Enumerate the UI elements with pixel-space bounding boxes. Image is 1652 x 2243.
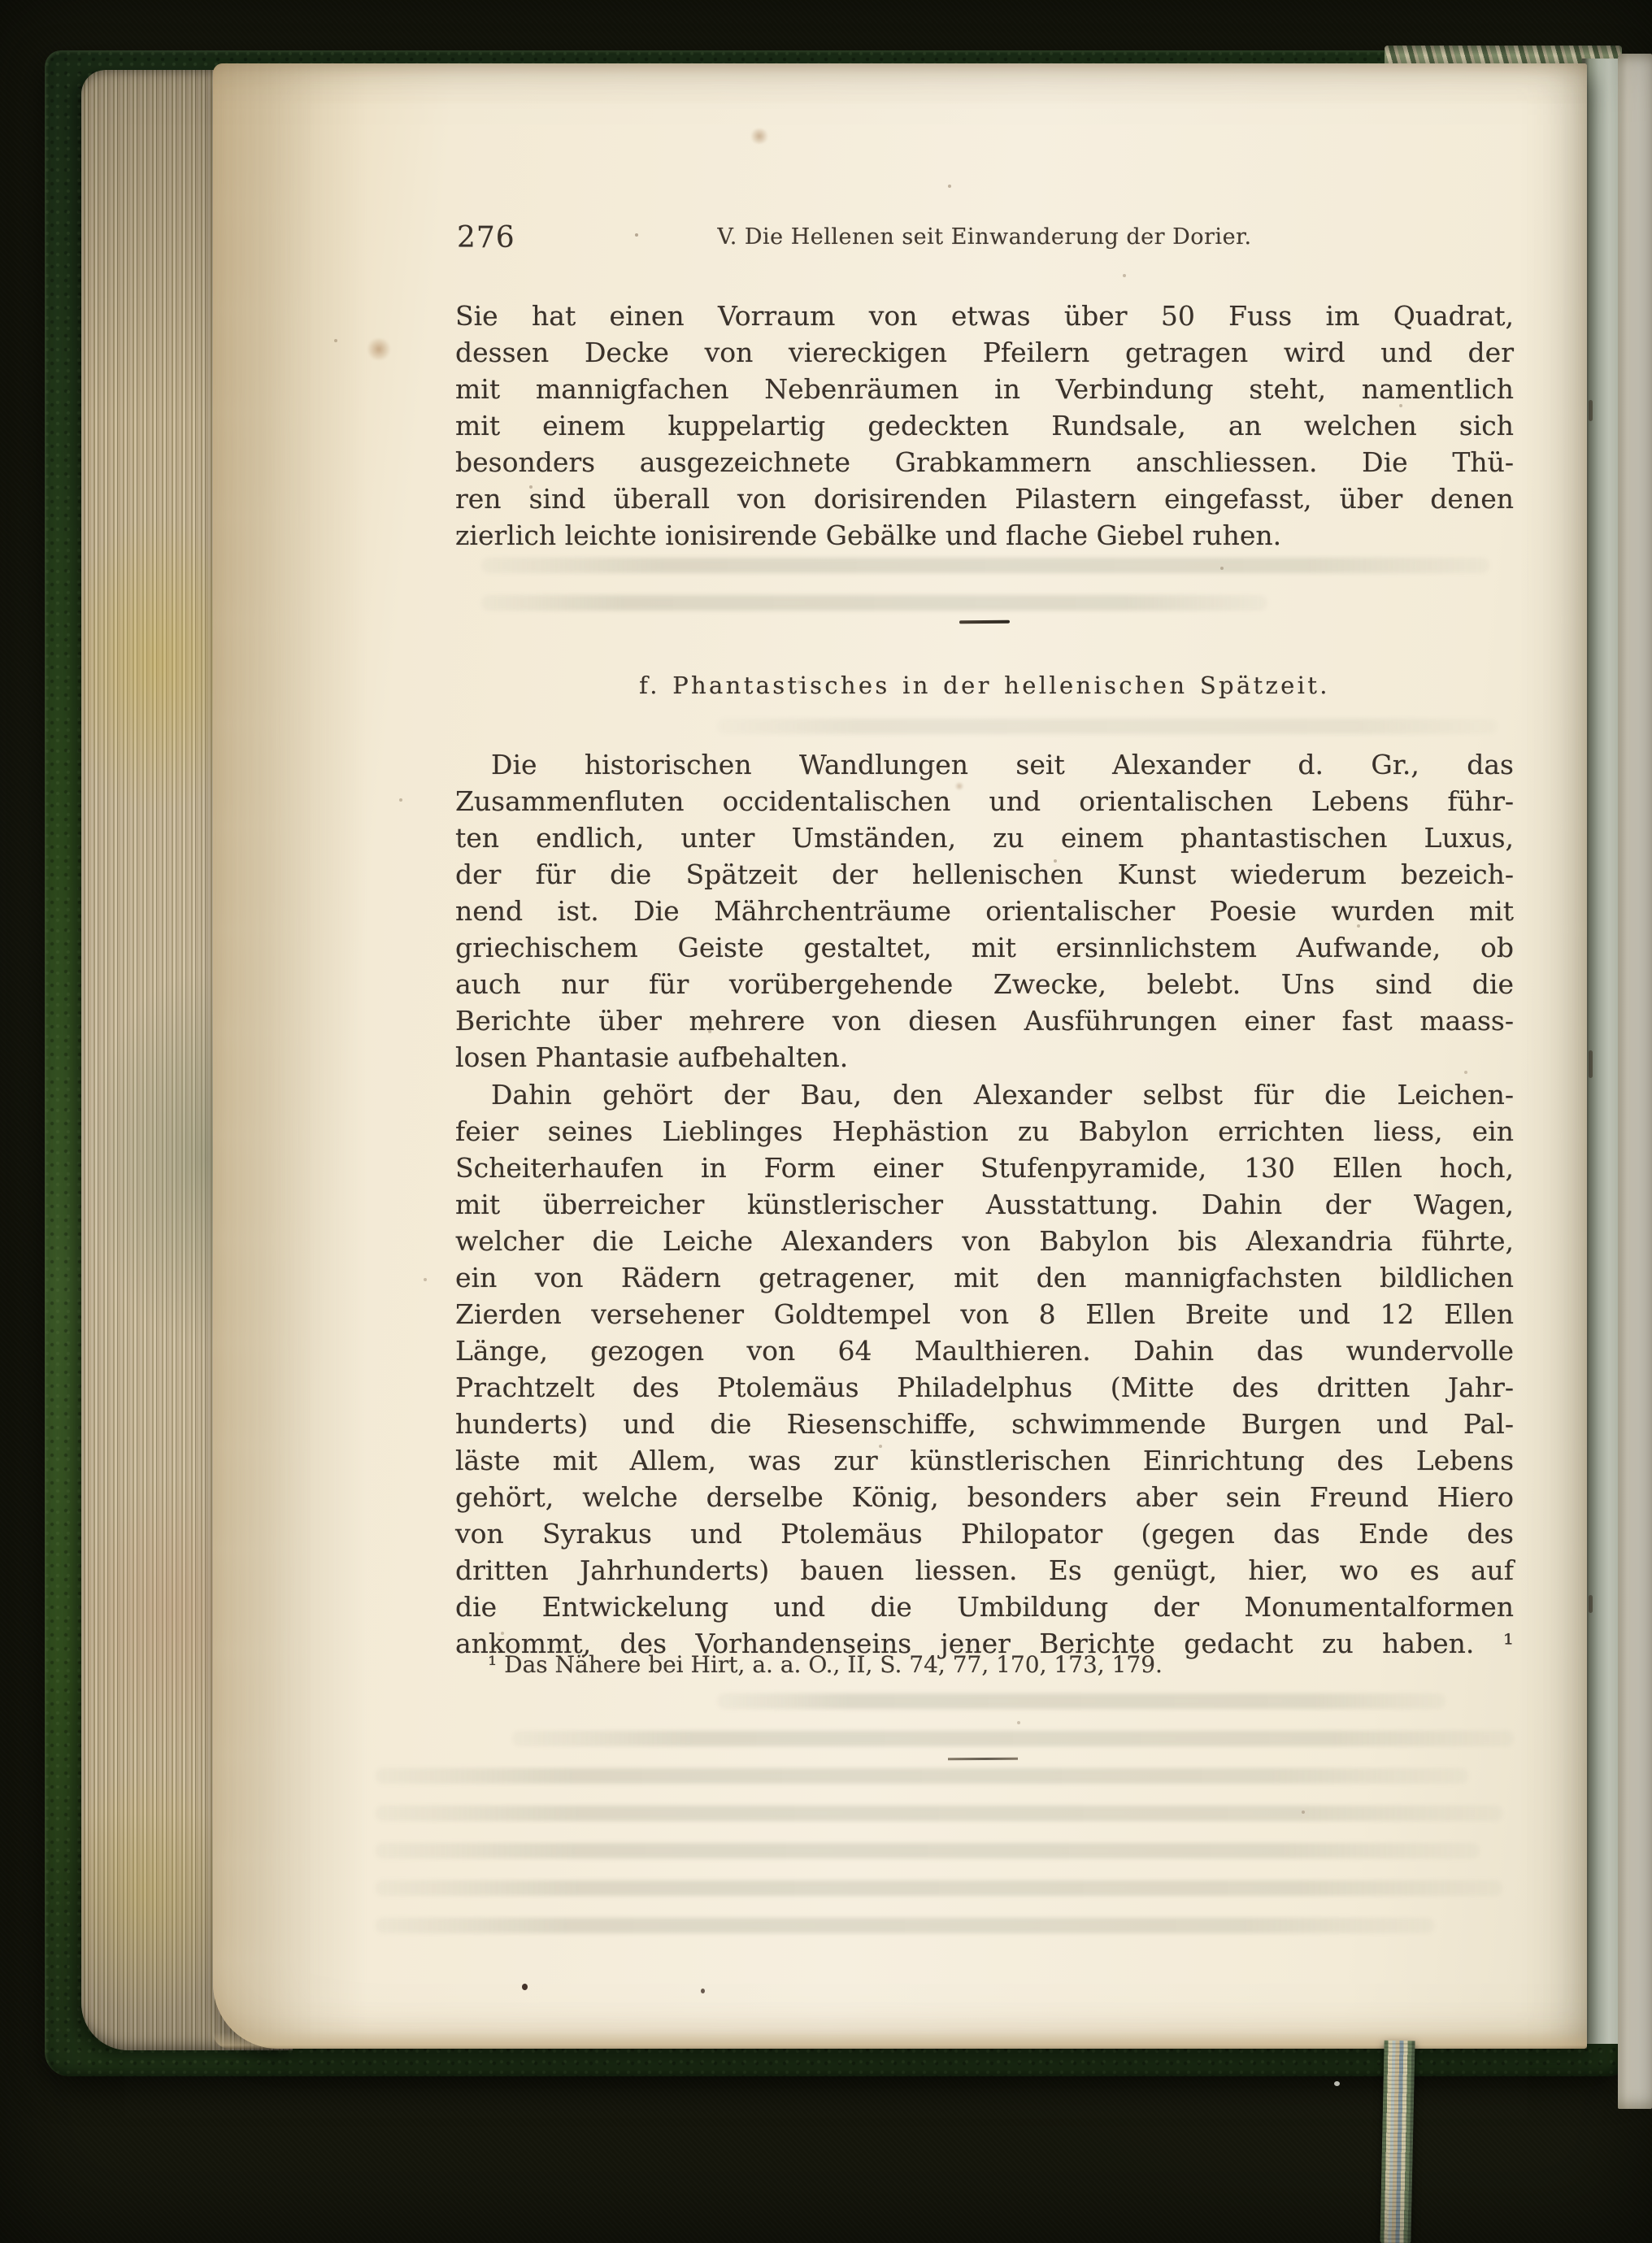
book-photograph: 276 V. Die Hellenen seit Einwanderung de… xyxy=(0,0,1652,2243)
text-line: ren sind überall von dorisirenden Pilast… xyxy=(455,480,1514,517)
paper-specks xyxy=(213,63,215,65)
running-head: V. Die Hellenen seit Einwanderung der Do… xyxy=(455,224,1514,250)
section-heading: f. Phantastisches in der hellenischen Sp… xyxy=(455,672,1514,699)
ink-fleck xyxy=(522,1984,528,1990)
text-line: gehört, welche derselbe König, besonders… xyxy=(455,1479,1514,1515)
foxing-stain xyxy=(954,782,964,790)
text-line: auch nur für vorübergehende Zwecke, bele… xyxy=(455,966,1514,1002)
printed-text-layer: 276 V. Die Hellenen seit Einwanderung de… xyxy=(213,63,1587,2049)
gutter-mark xyxy=(1589,1050,1593,1078)
text-line: mit einem kuppelartig gedeckten Rundsale… xyxy=(455,407,1514,444)
page-number: 276 xyxy=(457,221,515,254)
text-line: die Entwickelung und die Umbildung der M… xyxy=(455,1589,1514,1625)
text-line: losen Phantasie aufbehalten. xyxy=(455,1039,1514,1076)
text-line: mit mannigfachen Nebenräumen in Verbindu… xyxy=(455,371,1514,407)
text-line: dessen Decke von viereckigen Pfeilern ge… xyxy=(455,334,1514,371)
text-line: hunderts) und die Riesenschiffe, schwimm… xyxy=(455,1406,1514,1442)
body-paragraph-2: Die historischen Wandlungen seit Alexand… xyxy=(455,746,1514,1076)
text-line: dritten Jahrhunderts) bauen liessen. Es … xyxy=(455,1552,1514,1589)
book-page: 276 V. Die Hellenen seit Einwanderung de… xyxy=(213,63,1587,2049)
footnote: ¹ Das Nähere bei Hirt, a. a. O., II, S. … xyxy=(455,1649,1514,1681)
showthrough-text-mid xyxy=(717,719,1498,734)
gutter-mark xyxy=(1589,1595,1593,1613)
text-line: Zierden versehener Goldtempel von 8 Elle… xyxy=(455,1296,1514,1332)
text-line: Dahin gehört der Bau, den Alexander selb… xyxy=(455,1076,1514,1113)
page-header: 276 V. Die Hellenen seit Einwanderung de… xyxy=(455,224,1514,263)
text-line: mit überreicher künstlerischer Ausstattu… xyxy=(455,1186,1514,1223)
text-line: Die historischen Wandlungen seit Alexand… xyxy=(455,746,1514,783)
text-line: von Syrakus und Ptolemäus Philopator (ge… xyxy=(455,1515,1514,1552)
showthrough-text-lower xyxy=(376,1693,1514,1955)
text-line: griechischem Geiste gestaltet, mit ersin… xyxy=(455,929,1514,966)
text-line: läste mit Allem, was zur künstlerischen … xyxy=(455,1442,1514,1479)
foxing-stain xyxy=(366,338,392,360)
page-gutter xyxy=(1582,59,1619,2044)
text-line: Berichte über mehrere von diesen Ausführ… xyxy=(455,1002,1514,1039)
text-line: nend ist. Die Mährchenträume orientalisc… xyxy=(455,893,1514,929)
dust-speck xyxy=(1334,2081,1340,2086)
body-paragraph-1: Sie hat einen Vorraum von etwas über 50 … xyxy=(455,298,1514,554)
text-line: ten endlich, unter Umständen, zu einem p… xyxy=(455,819,1514,856)
text-line: Scheiterhaufen in Form einer Stufenpyram… xyxy=(455,1150,1514,1186)
text-line: Prachtzelt des Ptolemäus Philadelphus (M… xyxy=(455,1369,1514,1406)
text-line: ein von Rädern getragener, mit den manni… xyxy=(455,1259,1514,1296)
bookmark-ribbon xyxy=(1380,2041,1415,2243)
body-paragraph-3: Dahin gehört der Bau, den Alexander selb… xyxy=(455,1076,1514,1662)
text-line: der für die Spätzeit der hellenischen Ku… xyxy=(455,856,1514,893)
ink-fleck xyxy=(701,1989,705,1993)
text-line: Sie hat einen Vorraum von etwas über 50 … xyxy=(455,298,1514,334)
gutter-mark xyxy=(1589,400,1593,421)
text-line: Länge, gezogen von 64 Maulthieren. Dahin… xyxy=(455,1332,1514,1369)
foxing-stain xyxy=(750,128,769,144)
text-line: zierlich leichte ionisirende Gebälke und… xyxy=(455,517,1514,554)
text-line: feier seines Lieblinges Hephästion zu Ba… xyxy=(455,1113,1514,1150)
facing-page-edge xyxy=(1618,54,1652,2109)
text-line: Zusammenfluten occidentalischen und orie… xyxy=(455,783,1514,819)
showthrough-text-upper xyxy=(481,558,1489,632)
text-line: welcher die Leiche Alexanders von Babylo… xyxy=(455,1223,1514,1259)
text-line: besonders ausgezeichnete Grabkammern ans… xyxy=(455,444,1514,480)
